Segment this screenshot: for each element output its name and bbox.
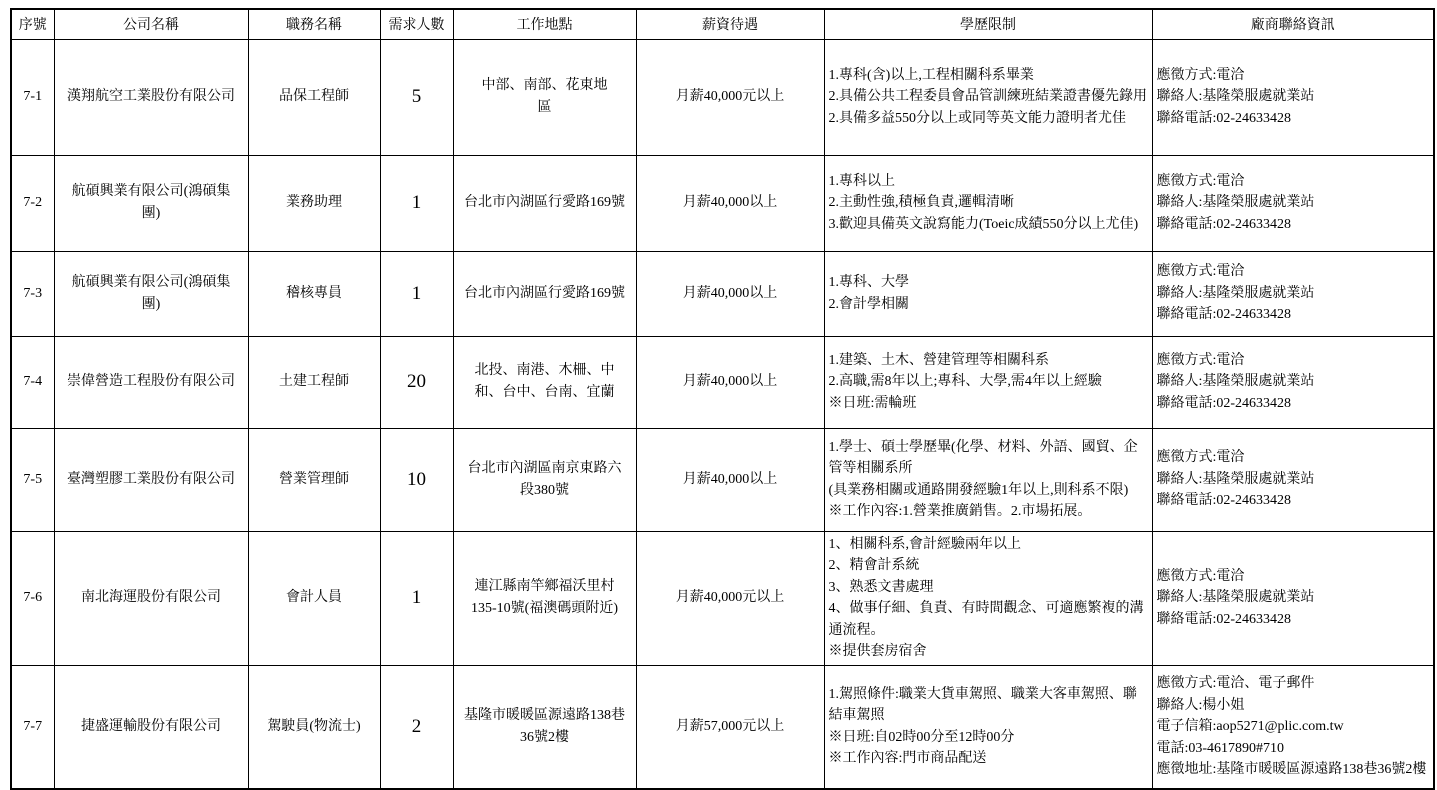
cell-salary: 月薪40,000以上	[636, 251, 824, 336]
table-row: 7-4 崇偉營造工程股份有限公司 土建工程師 20 北投、南港、木柵、中 和、台…	[11, 336, 1434, 428]
cell-salary: 月薪40,000以上	[636, 428, 824, 531]
cell-salary: 月薪57,000元以上	[636, 665, 824, 789]
cell-headcount: 20	[380, 336, 453, 428]
cell-location: 連江縣南竿鄉福沃里村 135-10號(福澳碼頭附近)	[453, 531, 636, 665]
cell-location: 中部、南部、花東地 區	[453, 39, 636, 155]
cell-contact: 應徵方式:電洽 聯絡人:基隆榮服處就業站 聯絡電話:02-24633428	[1152, 39, 1434, 155]
cell-company: 漢翔航空工業股份有限公司	[54, 39, 248, 155]
cell-headcount: 1	[380, 155, 453, 251]
cell-location: 台北市內湖區行愛路169號	[453, 155, 636, 251]
column-header-education: 學歷限制	[824, 9, 1152, 39]
cell-education: 1.專科(含)以上,工程相關科系畢業 2.具備公共工程委員會品管訓練班結業證書優…	[824, 39, 1152, 155]
column-header-contact: 廠商聯絡資訊	[1152, 9, 1434, 39]
cell-contact: 應徵方式:電洽、電子郵件 聯絡人:楊小姐 電子信箱:aop5271@plic.c…	[1152, 665, 1434, 789]
cell-education: 1.學士、碩士學歷畢(化學、材料、外語、國貿、企管等相關系所 (具業務相關或通路…	[824, 428, 1152, 531]
cell-company: 南北海運股份有限公司	[54, 531, 248, 665]
cell-job-title: 營業管理師	[248, 428, 380, 531]
cell-headcount: 2	[380, 665, 453, 789]
cell-serial: 7-2	[11, 155, 54, 251]
table-row: 7-6 南北海運股份有限公司 會計人員 1 連江縣南竿鄉福沃里村 135-10號…	[11, 531, 1434, 665]
cell-serial: 7-7	[11, 665, 54, 789]
table-row: 7-3 航碩興業有限公司(鴻碩集 團) 稽核專員 1 台北市內湖區行愛路169號…	[11, 251, 1434, 336]
cell-company: 航碩興業有限公司(鴻碩集 團)	[54, 155, 248, 251]
cell-education: 1.專科、大學 2.會計學相關	[824, 251, 1152, 336]
column-header-serial: 序號	[11, 9, 54, 39]
header-row: 序號 公司名稱 職務名稱 需求人數 工作地點 薪資待遇 學歷限制 廠商聯絡資訊	[11, 9, 1434, 39]
cell-salary: 月薪40,000元以上	[636, 39, 824, 155]
cell-salary: 月薪40,000以上	[636, 336, 824, 428]
cell-company: 航碩興業有限公司(鴻碩集 團)	[54, 251, 248, 336]
cell-salary: 月薪40,000以上	[636, 155, 824, 251]
table-row: 7-2 航碩興業有限公司(鴻碩集 團) 業務助理 1 台北市內湖區行愛路169號…	[11, 155, 1434, 251]
cell-contact: 應徵方式:電洽 聯絡人:基隆榮服處就業站 聯絡電話:02-24633428	[1152, 155, 1434, 251]
cell-headcount: 5	[380, 39, 453, 155]
cell-job-title: 品保工程師	[248, 39, 380, 155]
cell-location: 台北市內湖區南京東路六 段380號	[453, 428, 636, 531]
cell-serial: 7-6	[11, 531, 54, 665]
cell-location: 台北市內湖區行愛路169號	[453, 251, 636, 336]
cell-job-title: 稽核專員	[248, 251, 380, 336]
column-header-job-title: 職務名稱	[248, 9, 380, 39]
cell-job-title: 業務助理	[248, 155, 380, 251]
cell-education: 1.建築、土木、營建管理等相關科系 2.高職,需8年以上;專科、大學,需4年以上…	[824, 336, 1152, 428]
cell-company: 捷盛運輸股份有限公司	[54, 665, 248, 789]
table-row: 7-7 捷盛運輸股份有限公司 駕駛員(物流士) 2 基隆市暖暖區源遠路138巷 …	[11, 665, 1434, 789]
cell-salary: 月薪40,000元以上	[636, 531, 824, 665]
column-header-location: 工作地點	[453, 9, 636, 39]
cell-education: 1.專科以上 2.主動性強,積極負責,邏輯清晰 3.歡迎具備英文說寫能力(Toe…	[824, 155, 1152, 251]
cell-education: 1.駕照條件:職業大貨車駕照、職業大客車駕照、聯結車駕照 ※日班:自02時00分…	[824, 665, 1152, 789]
cell-job-title: 會計人員	[248, 531, 380, 665]
cell-contact: 應徵方式:電洽 聯絡人:基隆榮服處就業站 聯絡電話:02-24633428	[1152, 251, 1434, 336]
table-row: 7-5 臺灣塑膠工業股份有限公司 營業管理師 10 台北市內湖區南京東路六 段3…	[11, 428, 1434, 531]
cell-job-title: 駕駛員(物流士)	[248, 665, 380, 789]
column-header-salary: 薪資待遇	[636, 9, 824, 39]
cell-job-title: 土建工程師	[248, 336, 380, 428]
cell-serial: 7-4	[11, 336, 54, 428]
job-listings-table: 序號 公司名稱 職務名稱 需求人數 工作地點 薪資待遇 學歷限制 廠商聯絡資訊 …	[10, 8, 1435, 790]
cell-company: 崇偉營造工程股份有限公司	[54, 336, 248, 428]
cell-serial: 7-5	[11, 428, 54, 531]
cell-headcount: 1	[380, 251, 453, 336]
cell-contact: 應徵方式:電洽 聯絡人:基隆榮服處就業站 聯絡電話:02-24633428	[1152, 531, 1434, 665]
cell-serial: 7-1	[11, 39, 54, 155]
cell-serial: 7-3	[11, 251, 54, 336]
cell-location: 北投、南港、木柵、中 和、台中、台南、宜蘭	[453, 336, 636, 428]
column-header-headcount: 需求人數	[380, 9, 453, 39]
table-row: 7-1 漢翔航空工業股份有限公司 品保工程師 5 中部、南部、花東地 區 月薪4…	[11, 39, 1434, 155]
cell-contact: 應徵方式:電洽 聯絡人:基隆榮服處就業站 聯絡電話:02-24633428	[1152, 336, 1434, 428]
cell-contact: 應徵方式:電洽 聯絡人:基隆榮服處就業站 聯絡電話:02-24633428	[1152, 428, 1434, 531]
column-header-company: 公司名稱	[54, 9, 248, 39]
cell-headcount: 1	[380, 531, 453, 665]
cell-company: 臺灣塑膠工業股份有限公司	[54, 428, 248, 531]
cell-headcount: 10	[380, 428, 453, 531]
cell-education: 1、相關科系,會計經驗兩年以上 2、精會計系統 3、熟悉文書處理 4、做事仔細、…	[824, 531, 1152, 665]
cell-location: 基隆市暖暖區源遠路138巷 36號2樓	[453, 665, 636, 789]
